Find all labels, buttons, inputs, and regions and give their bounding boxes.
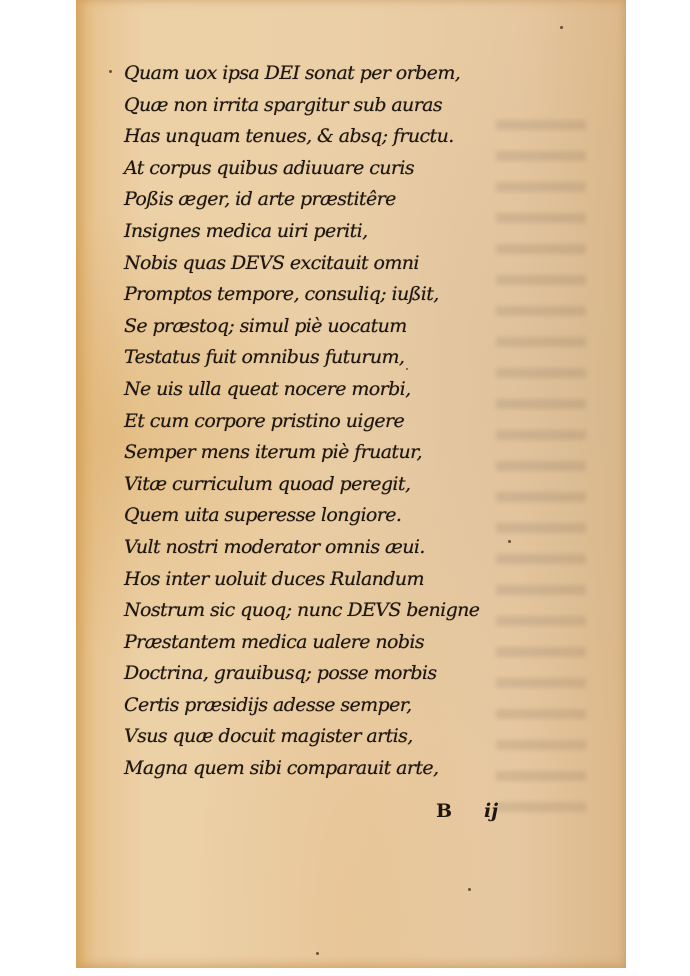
verse-line-1: Quam uox ipsa DEI sonat per orbem,	[124, 58, 544, 90]
verse-line-17: Hos inter uoluit duces Rulandum	[124, 564, 544, 596]
verse-line-18: Nostrum sic quoq; nunc DEVS benigne	[124, 595, 544, 627]
verse-line-14: Vitæ curriculum quoad peregit,	[124, 469, 544, 501]
verse-line-12: Et cum corpore pristino uigere	[124, 406, 544, 438]
verse-line-9: Se præstoq; simul piè uocatum	[124, 311, 544, 343]
verse-line-8: Promptos tempore, consuliq; iußit,	[124, 279, 544, 311]
verse-line-22: Vsus quæ docuit magister artis,	[124, 721, 544, 753]
verse-line-10: Testatus fuit omnibus futurum,	[124, 342, 544, 374]
ink-speck	[316, 952, 319, 955]
verse-line-11: Ne uis ulla queat nocere morbi,	[124, 374, 544, 406]
ink-speck	[560, 26, 563, 29]
verse-line-21: Certis præsidijs adesse semper,	[124, 690, 544, 722]
signature-mark-number: ij	[484, 800, 498, 822]
verse-line-15: Quem uita superesse longiore.	[124, 500, 544, 532]
verse-line-2: Quæ non irrita spargitur sub auras	[124, 90, 544, 122]
verse-line-19: Præstantem medica ualere nobis	[124, 627, 544, 659]
verse-line-20: Doctrina, grauibusq; posse morbis	[124, 658, 544, 690]
signature-mark-letter: B	[436, 800, 452, 822]
verse-line-16: Vult nostri moderator omnis æui.	[124, 532, 544, 564]
verse-line-23: Magna quem sibi comparauit arte,	[124, 753, 544, 785]
verse-line-3: Has unquam tenues, & absq; fructu.	[124, 121, 544, 153]
verse-line-5: Poßis æger, id arte præstitêre	[124, 184, 544, 216]
verse-line-13: Semper mens iterum piè fruatur,	[124, 437, 544, 469]
verse-line-6: Insignes medica uiri periti,	[124, 216, 544, 248]
verse-line-4: At corpus quibus adiuuare curis	[124, 153, 544, 185]
ink-speck	[109, 70, 112, 73]
ink-speck	[468, 888, 471, 891]
verse-text: Quam uox ipsa DEI sonat per orbem, Quæ n…	[124, 58, 544, 785]
verse-line-7: Nobis quas DEVS excitauit omni	[124, 248, 544, 280]
